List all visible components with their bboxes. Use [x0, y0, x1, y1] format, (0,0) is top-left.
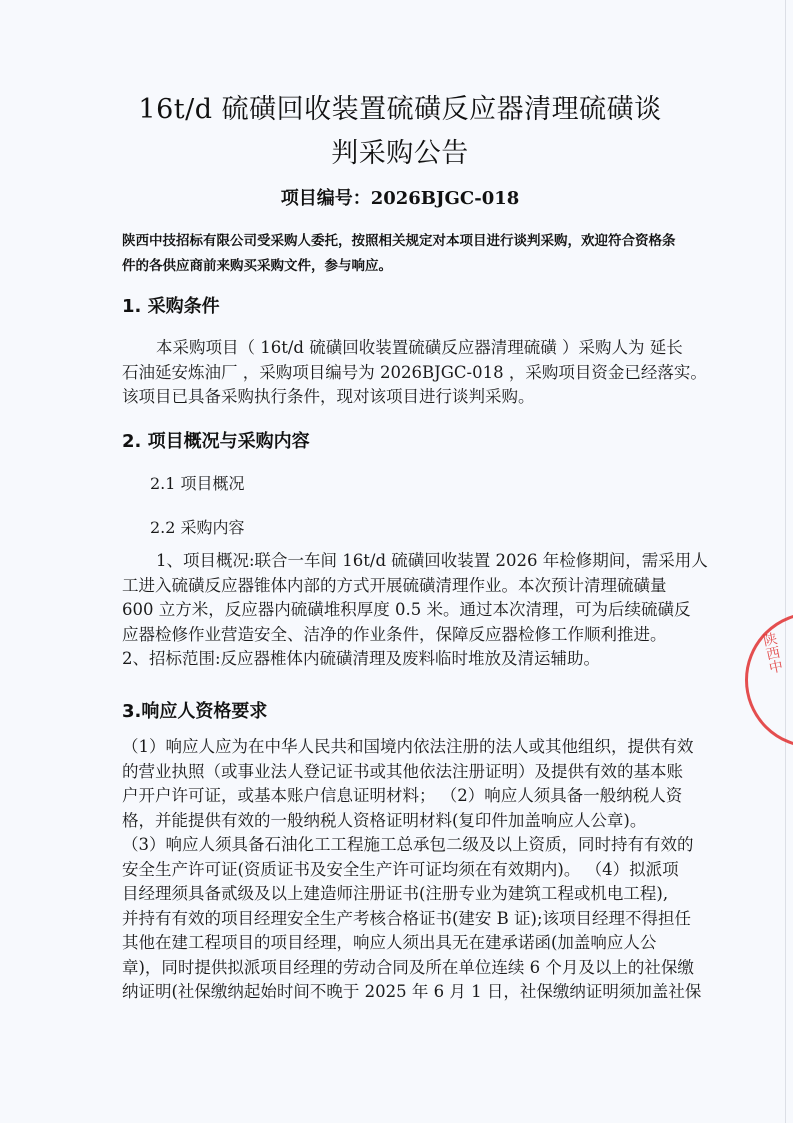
- paragraph-line: 该项目已具备采购执行条件，现对该项目进行谈判采购。: [122, 385, 692, 410]
- paragraph-line: 2、招标范围:反应器椎体内硫磺清理及废料临时堆放及清运辅助。: [122, 647, 692, 672]
- paragraph-line: 的营业执照（或事业法人登记证书或其他依法注册证明）及提供有效的基本账: [122, 760, 692, 785]
- section-1-paragraph: 本采购项目（ 16t/d 硫磺回收装置硫磺反应器清理硫磺 ）采购人为 延长 石油…: [122, 336, 692, 410]
- paragraph-line: 户开户许可证，或基本账户信息证明材料； （2）响应人须具备一般纳税人资: [122, 784, 692, 809]
- document-title: 16t/d 硫磺回收装置硫磺反应器清理硫磺谈 判采购公告: [100, 88, 700, 176]
- intro-line: 陕西中技招标有限公司受采购人委托，按照相关规定对本项目进行谈判采购，欢迎符合资格…: [122, 229, 682, 254]
- section-2-paragraph: 1、项目概况:联合一车间 16t/d 硫磺回收装置 2026 年检修期间，需采用…: [122, 549, 692, 672]
- paragraph-line: 章)，同时提供拟派项目经理的劳动合同及所在单位连续 6 个月及以上的社保缴: [122, 956, 692, 981]
- paragraph-line: （3）响应人须具备石油化工工程施工总承包二级及以上资质，同时持有有效的: [122, 833, 692, 858]
- paragraph-line: 格，并能提供有效的一般纳税人资格证明材料(复印件加盖响应人公章)。: [122, 809, 692, 834]
- page-edge-divider: [785, 0, 786, 1123]
- paragraph-line: 纳证明(社保缴纳起始时间不晚于 2025 年 6 月 1 日，社保缴纳证明须加盖…: [122, 980, 692, 1005]
- paragraph-line: 1、项目概况:联合一车间 16t/d 硫磺回收装置 2026 年检修期间，需采用…: [122, 549, 692, 574]
- subsection-2-2: 2.2 采购内容: [150, 515, 245, 538]
- paragraph-line: 目经理须具备贰级及以上建造师注册证书(注册专业为建筑工程或机电工程),: [122, 882, 692, 907]
- subsection-2-1: 2.1 项目概况: [150, 471, 245, 494]
- title-line-2: 判采购公告: [100, 132, 700, 176]
- paragraph-line: 安全生产许可证(资质证书及安全生产许可证均须在有效期内)。 （4）拟派项: [122, 858, 692, 883]
- paragraph-line: 石油延安炼油厂 ，采购项目编号为 2026BJGC-018 ，采购项目资金已经落…: [122, 361, 692, 386]
- paragraph-line: 本采购项目（ 16t/d 硫磺回收装置硫磺反应器清理硫磺 ）采购人为 延长: [122, 336, 692, 361]
- section-3-paragraph: （1）响应人应为在中华人民共和国境内依法注册的法人或其他组织，提供有效 的营业执…: [122, 735, 692, 1005]
- paragraph-line: 并持有有效的项目经理安全生产考核合格证书(建安 B 证);该项目经理不得担任: [122, 907, 692, 932]
- document-page: 16t/d 硫磺回收装置硫磺反应器清理硫磺谈 判采购公告 项目编号：2026BJ…: [0, 0, 793, 1123]
- paragraph-line: 工进入硫磺反应器锥体内部的方式开展硫磺清理作业。本次预计清理硫磺量: [122, 574, 692, 599]
- paragraph-line: 应器检修作业营造安全、洁净的作业条件，保障反应器检修工作顺利推进。: [122, 623, 692, 648]
- section-2-heading: 2. 项目概况与采购内容: [122, 427, 310, 453]
- paragraph-line: 600 立方米，反应器内硫磺堆积厚度 0.5 米。通过本次清理，可为后续硫磺反: [122, 598, 692, 623]
- intro-paragraph: 陕西中技招标有限公司受采购人委托，按照相关规定对本项目进行谈判采购，欢迎符合资格…: [122, 229, 682, 279]
- paragraph-line: （1）响应人应为在中华人民共和国境内依法注册的法人或其他组织，提供有效: [122, 735, 692, 760]
- section-1-heading: 1. 采购条件: [122, 292, 220, 318]
- paragraph-line: 其他在建工程项目的项目经理，响应人须出具无在建承诺函(加盖响应人公: [122, 931, 692, 956]
- section-3-heading: 3.响应人资格要求: [122, 697, 267, 723]
- project-number: 项目编号：2026BJGC-018: [100, 184, 700, 210]
- intro-line: 件的各供应商前来购买采购文件，参与响应。: [122, 254, 682, 279]
- title-line-1: 16t/d 硫磺回收装置硫磺反应器清理硫磺谈: [100, 88, 700, 132]
